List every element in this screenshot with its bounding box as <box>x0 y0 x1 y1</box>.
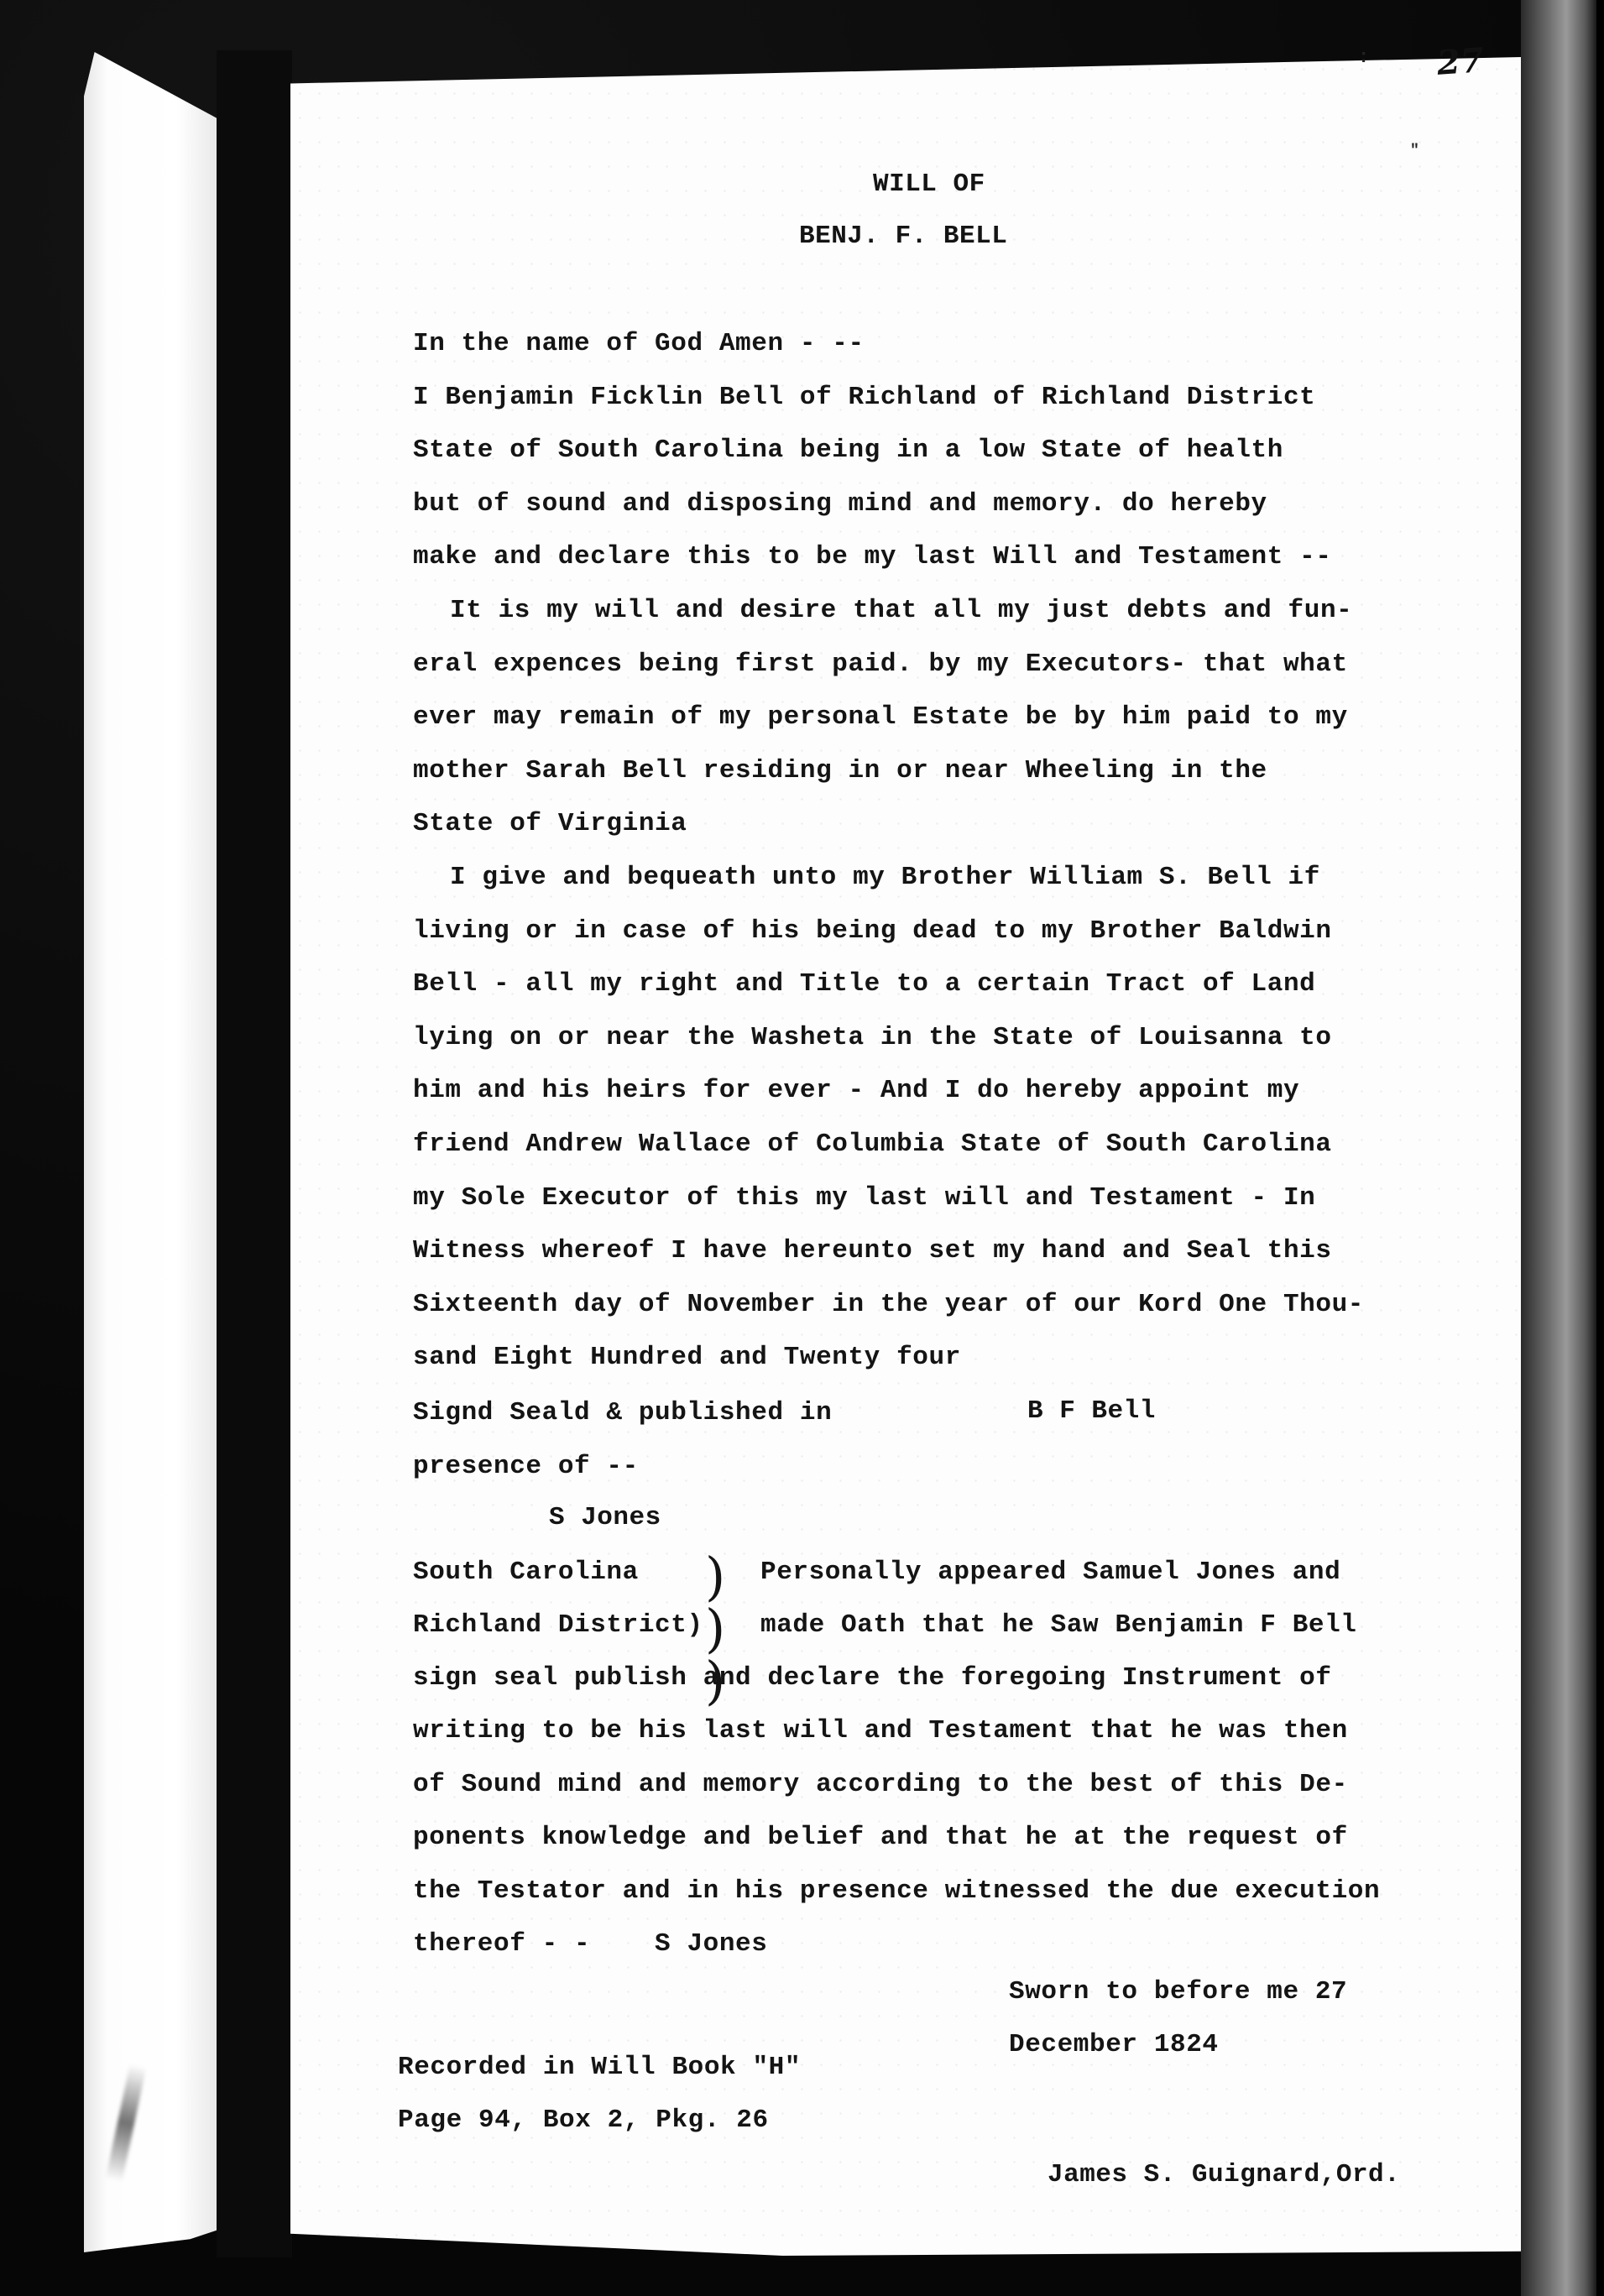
facing-page-edge <box>84 52 217 2252</box>
will-line: living or in case of his being dead to m… <box>413 916 1504 970</box>
document-title: WILL OF <box>873 171 985 197</box>
will-line: my Sole Executor of this my last will an… <box>413 1183 1504 1237</box>
recording-book: Recorded in Will Book "H" <box>398 2053 801 2106</box>
oath-body-line: ponents knowledge and belief and that he… <box>413 1823 1380 1876</box>
will-line: I give and bequeath unto my Brother Will… <box>413 863 1504 916</box>
will-line: State of Virginia <box>413 809 1504 863</box>
will-line: ever may remain of my personal Estate be… <box>413 702 1504 756</box>
will-body: In the name of God Amen - --I Benjamin F… <box>413 329 1504 1396</box>
margin-mark: : <box>1358 47 1369 68</box>
will-line: eral expences being first paid. by my Ex… <box>413 650 1504 703</box>
will-line: Witness whereof I have hereunto set my h… <box>413 1236 1504 1290</box>
signed-sealed-line: Signd Seald & published in <box>413 1398 832 1452</box>
recording-location: Page 94, Box 2, Pkg. 26 <box>398 2106 801 2158</box>
oath-body-line: thereof - - S Jones <box>413 1929 1380 1982</box>
jurat-date: December 1824 <box>1009 2030 1347 2083</box>
will-line: Bell - all my right and Title to a certa… <box>413 969 1504 1023</box>
will-line: make and declare this to be my last Will… <box>413 542 1504 596</box>
jurat-line: Sworn to before me 27 <box>1009 1977 1347 2030</box>
scan-border <box>1596 0 1604 2296</box>
will-line: mother Sarah Bell residing in or near Wh… <box>413 756 1504 810</box>
will-line: I Benjamin Ficklin Bell of Richland of R… <box>413 383 1504 436</box>
margin-mark: " <box>1410 143 1419 159</box>
will-line: lying on or near the Washeta in the Stat… <box>413 1023 1504 1077</box>
document-subtitle: BENJ. F. BELL <box>799 223 1007 249</box>
will-line: It is my will and desire that all my jus… <box>413 596 1504 650</box>
venue-district: Richland District) <box>413 1610 703 1663</box>
oath-line: Personally appeared Samuel Jones and <box>760 1558 1357 1610</box>
oath-intro: Personally appeared Samuel Jones and mad… <box>760 1558 1357 1663</box>
oath-venue: South Carolina Richland District) <box>413 1558 703 1663</box>
witness-signature: S Jones <box>549 1505 661 1531</box>
presence-of-line: presence of -- <box>413 1452 832 1505</box>
will-line: State of South Carolina being in a low S… <box>413 436 1504 489</box>
recording-note: Recorded in Will Book "H" Page 94, Box 2… <box>398 2053 801 2158</box>
handwritten-page-number: 27 <box>1435 40 1485 83</box>
book-gutter <box>217 50 292 2257</box>
oath-body-line: of Sound mind and memory according to th… <box>413 1770 1380 1823</box>
testator-signature: B F Bell <box>1027 1398 1156 1424</box>
ordinary-signature: James S. Guignard,Ord. <box>1048 2162 1400 2188</box>
will-line: him and his heirs for ever - And I do he… <box>413 1076 1504 1130</box>
will-line: friend Andrew Wallace of Columbia State … <box>413 1130 1504 1183</box>
will-line: sand Eight Hundred and Twenty four <box>413 1343 1504 1396</box>
will-line: but of sound and disposing mind and memo… <box>413 489 1504 543</box>
oath-body-line: sign seal publish and declare the forego… <box>413 1663 1380 1716</box>
will-line: Sixteenth day of November in the year of… <box>413 1290 1504 1344</box>
venue-state: South Carolina <box>413 1558 703 1610</box>
will-line: In the name of God Amen - -- <box>413 329 1504 383</box>
jurat: Sworn to before me 27 December 1824 <box>1009 1977 1347 2083</box>
oath-body-line: the Testator and in his presence witness… <box>413 1876 1380 1929</box>
oath-line: made Oath that he Saw Benjamin F Bell <box>760 1610 1357 1663</box>
page-shadow-strip <box>1521 0 1596 2296</box>
oath-body-line: writing to be his last will and Testamen… <box>413 1716 1380 1769</box>
oath-body: sign seal publish and declare the forego… <box>413 1663 1380 1982</box>
